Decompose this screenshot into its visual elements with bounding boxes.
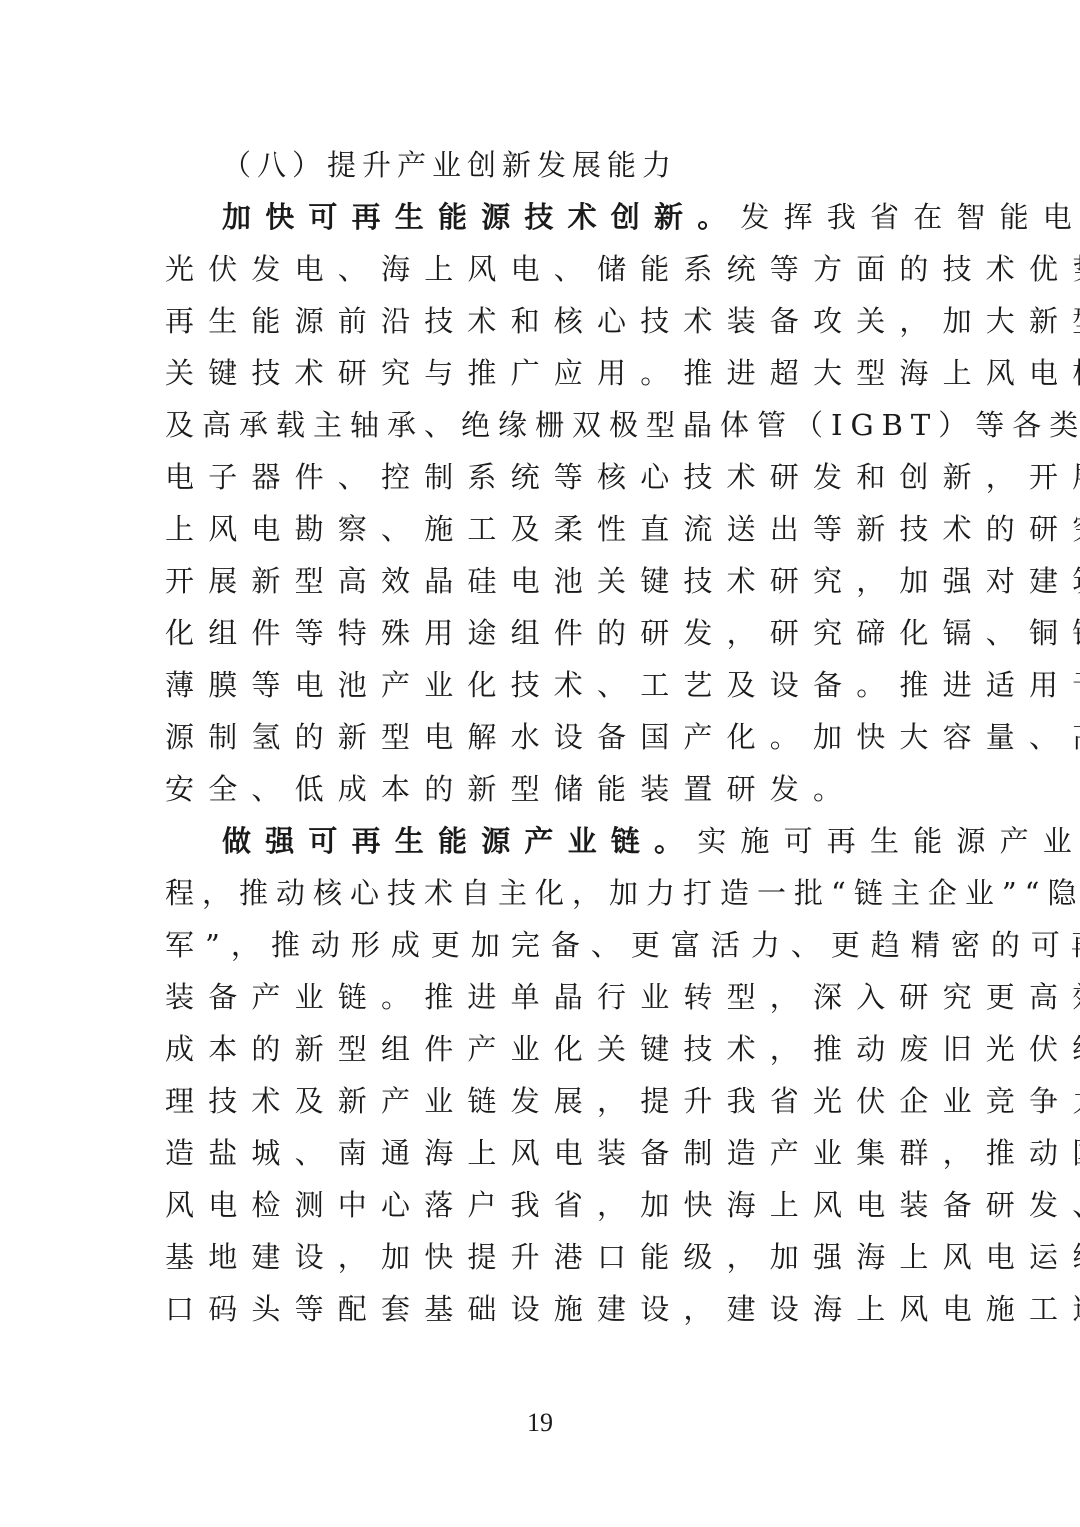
paragraph-2-line-4: 装备产业链。推进单晶行业转型，深入研究更高效率、更低 [165, 971, 917, 1023]
paragraph-2-line-7: 造盐城、南通海上风电装备制造产业集群，推动国家级海上 [165, 1127, 917, 1179]
paragraph-2-line-2: 程，推动核心技术自主化，加力打造一批“链主企业”“隐形冠 [165, 867, 917, 919]
paragraph-2-line-5: 成本的新型组件产业化关键技术，推动废旧光伏组件回收处 [165, 1023, 917, 1075]
paragraph-1-line-1: 加快可再生能源技术创新。发挥我省在智能电网装备、 [222, 191, 917, 243]
paragraph-1-line-2: 光伏发电、海上风电、储能系统等方面的技术优势，加强可 [165, 243, 917, 295]
paragraph-2-line-10: 口码头等配套基础设施建设，建设海上风电施工运维一体化 [165, 1283, 917, 1335]
paragraph-1-line-11: 源制氢的新型电解水设备国产化。加快大容量、高密度、高 [165, 711, 917, 763]
paragraph-1-line-12: 安全、低成本的新型储能装置研发。 [165, 763, 917, 815]
paragraph-2-line-9: 基地建设，加快提升港口能级，加强海上风电运维平台及港 [165, 1231, 917, 1283]
paragraph-2-line-3: 军”，推动形成更加完备、更富活力、更趋精密的可再生能源 [165, 919, 917, 971]
paragraph-1-line-6: 电子器件、控制系统等核心技术研发和创新，开展深远海海 [165, 451, 917, 503]
paragraph-2-line-8: 风电检测中心落户我省，加快海上风电装备研发、设计制造 [165, 1179, 917, 1231]
paragraph-1-line-4: 关键技术研究与推广应用。推进超大型海上风电机组研制以 [165, 347, 917, 399]
document-page: （八）提升产业创新发展能力 加快可再生能源技术创新。发挥我省在智能电网装备、 光… [0, 0, 1080, 1527]
paragraph-1-lead: 加快可再生能源技术创新。 [222, 200, 740, 234]
paragraph-2-line-6: 理技术及新产业链发展，提升我省光伏企业竞争力。全力打 [165, 1075, 917, 1127]
paragraph-1-line-10: 薄膜等电池产业化技术、工艺及设备。推进适用于可再生能 [165, 659, 917, 711]
section-heading: （八）提升产业创新发展能力 [222, 139, 917, 191]
page-number: 19 [0, 1408, 1080, 1438]
paragraph-1-line-8: 开展新型高效晶硅电池关键技术研究，加强对建筑光伏一体 [165, 555, 917, 607]
paragraph-2-line-1: 做强可再生能源产业链。实施可再生能源产业强链工 [222, 815, 917, 867]
paragraph-1-line-7: 上风电勘察、施工及柔性直流送出等新技术的研究和应用。 [165, 503, 917, 555]
paragraph-1-line-5: 及高承载主轴承、绝缘栅双极型晶体管（IGBT）等各类电力 [165, 399, 917, 451]
paragraph-1-line-3: 再生能源前沿技术和核心技术装备攻关，加大新型电力系统 [165, 295, 917, 347]
paragraph-2-lead: 做强可再生能源产业链。 [222, 824, 697, 858]
paragraph-1-line-9: 化组件等特殊用途组件的研发，研究碲化镉、铜铟镓硒及硅 [165, 607, 917, 659]
